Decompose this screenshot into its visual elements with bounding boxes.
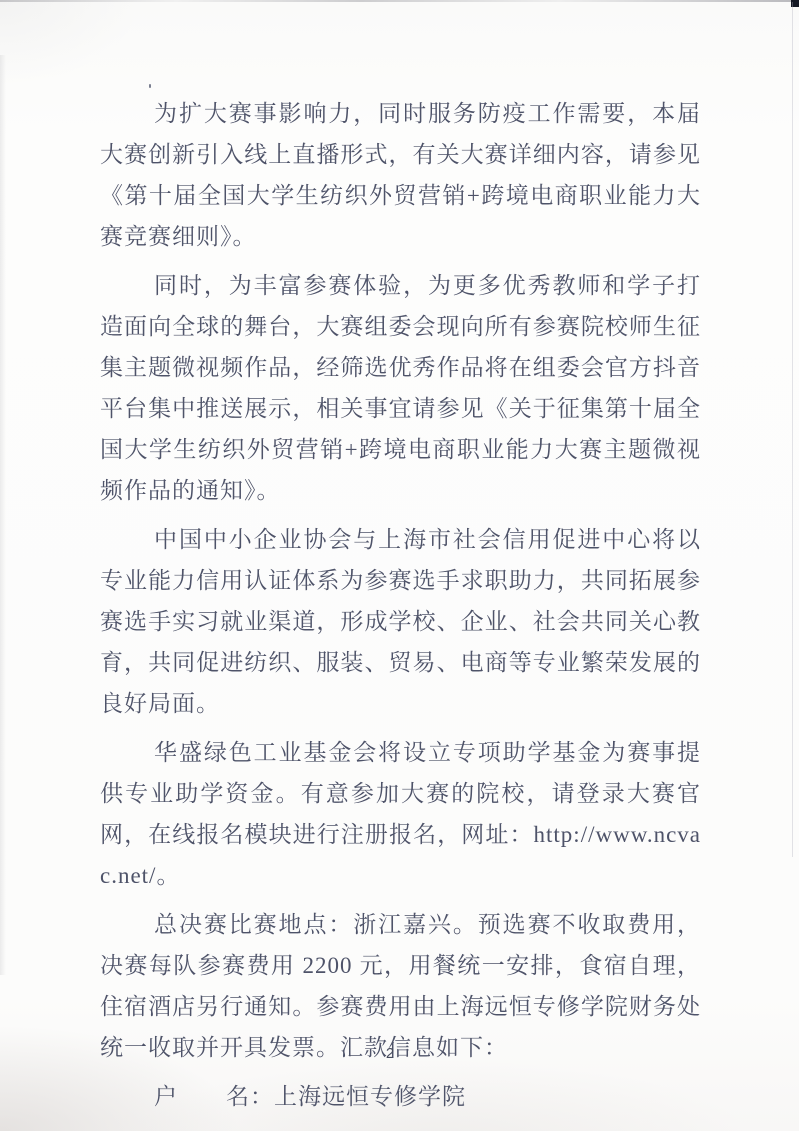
scan-speck <box>149 84 151 88</box>
scan-left-edge-shade <box>0 55 6 975</box>
body-paragraph: 中国中小企业协会与上海市社会信用促进中心将以专业能力信用认证体系为参赛选手求职助… <box>100 519 701 724</box>
body-paragraph: 同时，为丰富参赛体验，为更多优秀教师和学子打造面向全球的舞台，大赛组委会现向所有… <box>100 265 701 511</box>
body-paragraph: 华盛绿色工业基金会将设立专项助学基金为赛事提供专业助学资金。有意参加大赛的院校，… <box>100 732 701 896</box>
body-paragraph: 为扩大赛事影响力，同时服务防疫工作需要，本届大赛创新引入线上直播形式，有关大赛详… <box>100 93 701 257</box>
remittance-account-line: 户 名：上海远恒专修学院 <box>100 1076 701 1117</box>
document-body: 为扩大赛事影响力，同时服务防疫工作需要，本届大赛创新引入线上直播形式，有关大赛详… <box>100 93 701 1125</box>
page-number: 2 <box>0 1045 780 1062</box>
scan-top-edge-artifact <box>0 0 799 2</box>
scanned-page: 为扩大赛事影响力，同时服务防疫工作需要，本届大赛创新引入线上直播形式，有关大赛详… <box>0 0 799 1131</box>
body-paragraph: 总决赛比赛地点：浙江嘉兴。预选赛不收取费用，决赛每队参赛费用 2200 元，用餐… <box>100 904 701 1068</box>
scan-right-edge-artifact <box>792 2 793 857</box>
